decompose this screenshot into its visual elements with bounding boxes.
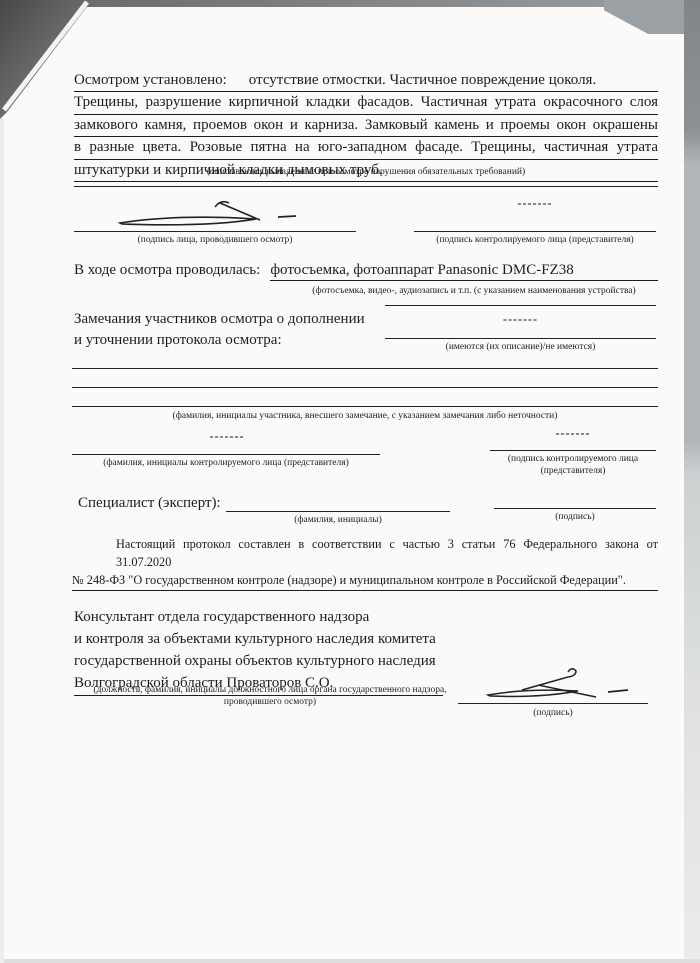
recording-caption: (фотосъемка, видео-, аудиозапись и т.п. … — [288, 285, 660, 297]
section-rule — [74, 186, 658, 187]
specialist-sign-line — [494, 508, 656, 509]
controlled-name-dashes: ------- — [74, 429, 380, 444]
remarks-top-line — [385, 305, 656, 306]
specialist-name-line — [226, 511, 450, 512]
controlled-sign-dashes: ------- — [490, 426, 656, 441]
findings-line-3: замкового камня, проемов окон и карниза.… — [74, 115, 658, 137]
controlled-signature-dashes: ------- — [414, 196, 656, 211]
blank-line-1 — [72, 368, 658, 369]
inspector-signature-icon — [108, 198, 338, 232]
legal-basis-line-2: № 248-ФЗ "О государственном контроле (на… — [72, 571, 658, 591]
official-title-caption-line-2: проводившего осмотр) — [74, 696, 466, 708]
findings-value: отсутствие отмостки. Частичное поврежден… — [249, 70, 596, 91]
remarks-label: Замечания участников осмотра о дополнени… — [74, 309, 384, 351]
inspector-signature-caption: (подпись лица, проводившего осмотр) — [74, 234, 356, 246]
official-signature-icon — [478, 664, 658, 704]
blank-line-2 — [72, 387, 658, 388]
blank-lines-caption: (фамилия, инициалы участника, внесшего з… — [72, 410, 658, 422]
recording-value: фотосъемка, фотоаппарат Panasonic DMC-FZ… — [270, 262, 658, 281]
remarks-label-line-1: Замечания участников осмотра о дополнени… — [74, 309, 384, 330]
legal-basis-paragraph: Настоящий протокол составлен в соответст… — [72, 535, 658, 591]
blank-line-3 — [72, 406, 658, 407]
official-title-line-2: и контроля за объектами культурного насл… — [74, 628, 474, 650]
specialist-label: Специалист (эксперт): — [78, 495, 221, 512]
official-title-caption-line-1: (должность, фамилия, инициалы должностно… — [74, 684, 466, 696]
remarks-bottom-line — [385, 338, 656, 339]
findings-caption: (описываются выявленные при осмотре нару… — [74, 166, 658, 178]
findings-label: Осмотром установлено: — [74, 70, 227, 91]
controlled-sign-caption-line-1: (подпись контролируемого лица — [478, 453, 668, 465]
protocol-body: Осмотром установлено: отсутствие отмостк… — [0, 0, 700, 963]
specialist-sign-caption: (подпись) — [494, 511, 656, 523]
findings-line-1: Осмотром установлено: отсутствие отмостк… — [74, 70, 658, 92]
remarks-dashes: ------- — [385, 312, 656, 327]
specialist-name-caption: (фамилия, инициалы) — [226, 514, 450, 526]
recording-label: В ходе осмотра проводилась: — [74, 262, 260, 281]
findings-line-4: в разные цвета. Розовые пятна на юго-зап… — [74, 137, 658, 159]
scanned-protocol-page: Осмотром установлено: отсутствие отмостк… — [0, 0, 700, 963]
official-title-caption: (должность, фамилия, инициалы должностно… — [74, 684, 466, 708]
official-title-line-1: Консультант отдела государственного надз… — [74, 606, 474, 628]
controlled-name-caption: (фамилия, инициалы контролируемого лица … — [72, 457, 380, 469]
controlled-name-line — [72, 454, 380, 455]
remarks-caption: (имеются (их описание)/не имеются) — [385, 341, 656, 353]
controlled-sign-caption-line-2: (представителя) — [478, 465, 668, 477]
controlled-sign-line — [490, 450, 656, 451]
official-sign-caption: (подпись) — [458, 707, 648, 719]
legal-basis-line-1: Настоящий протокол составлен в соответст… — [72, 535, 658, 571]
remarks-label-line-2: и уточнении протокола осмотра: — [74, 330, 384, 351]
findings-line-2: Трещины, разрушение кирпичной кладки фас… — [74, 92, 658, 114]
controlled-signature-line — [414, 231, 656, 232]
official-title-block: Консультант отдела государственного надз… — [74, 606, 474, 696]
recording-row: В ходе осмотра проводилась: фотосъемка, … — [74, 262, 658, 281]
official-sign-line — [458, 703, 648, 704]
controlled-sign-caption: (подпись контролируемого лица (представи… — [478, 453, 668, 477]
inspector-signature-line — [74, 231, 356, 232]
official-title-line-3: государственной охраны объектов культурн… — [74, 650, 474, 672]
controlled-signature-caption: (подпись контролируемого лица (представи… — [404, 234, 666, 246]
